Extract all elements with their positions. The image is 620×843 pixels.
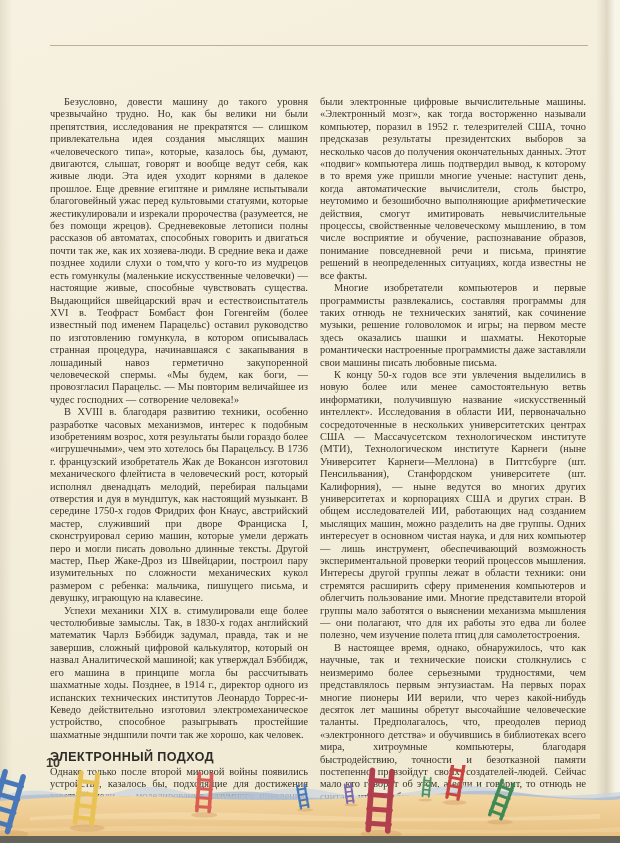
- paragraph: Безусловно, довести машину до такого уро…: [50, 97, 308, 407]
- paragraph: К концу 50-х годов все эти увлечения выд…: [320, 370, 586, 643]
- sand-ladders-illustration: [0, 765, 620, 843]
- text-column-left: Безусловно, довести машину до такого уро…: [50, 97, 308, 816]
- page-left-edge-shadow: [0, 0, 12, 843]
- page-right-edge-shadow: [596, 0, 620, 843]
- paragraph: В XVIII в. благодаря развитию техники, о…: [50, 407, 308, 606]
- ladder-salmon-icon: [194, 771, 214, 813]
- paragraph: Успехи механики XIX в. стимулировали еще…: [50, 606, 308, 742]
- top-rule-line: [50, 45, 588, 46]
- paragraph: были электронные цифровые вычислительные…: [320, 97, 586, 283]
- paragraph: Многие изобретатели компьютеров и первые…: [320, 283, 586, 370]
- scan-bottom-edge: [0, 836, 620, 843]
- section-heading: ЭЛЕКТРОННЫЙ ПОДХОД: [50, 751, 308, 763]
- text-column-right: были электронные цифровые вычислительные…: [320, 97, 586, 804]
